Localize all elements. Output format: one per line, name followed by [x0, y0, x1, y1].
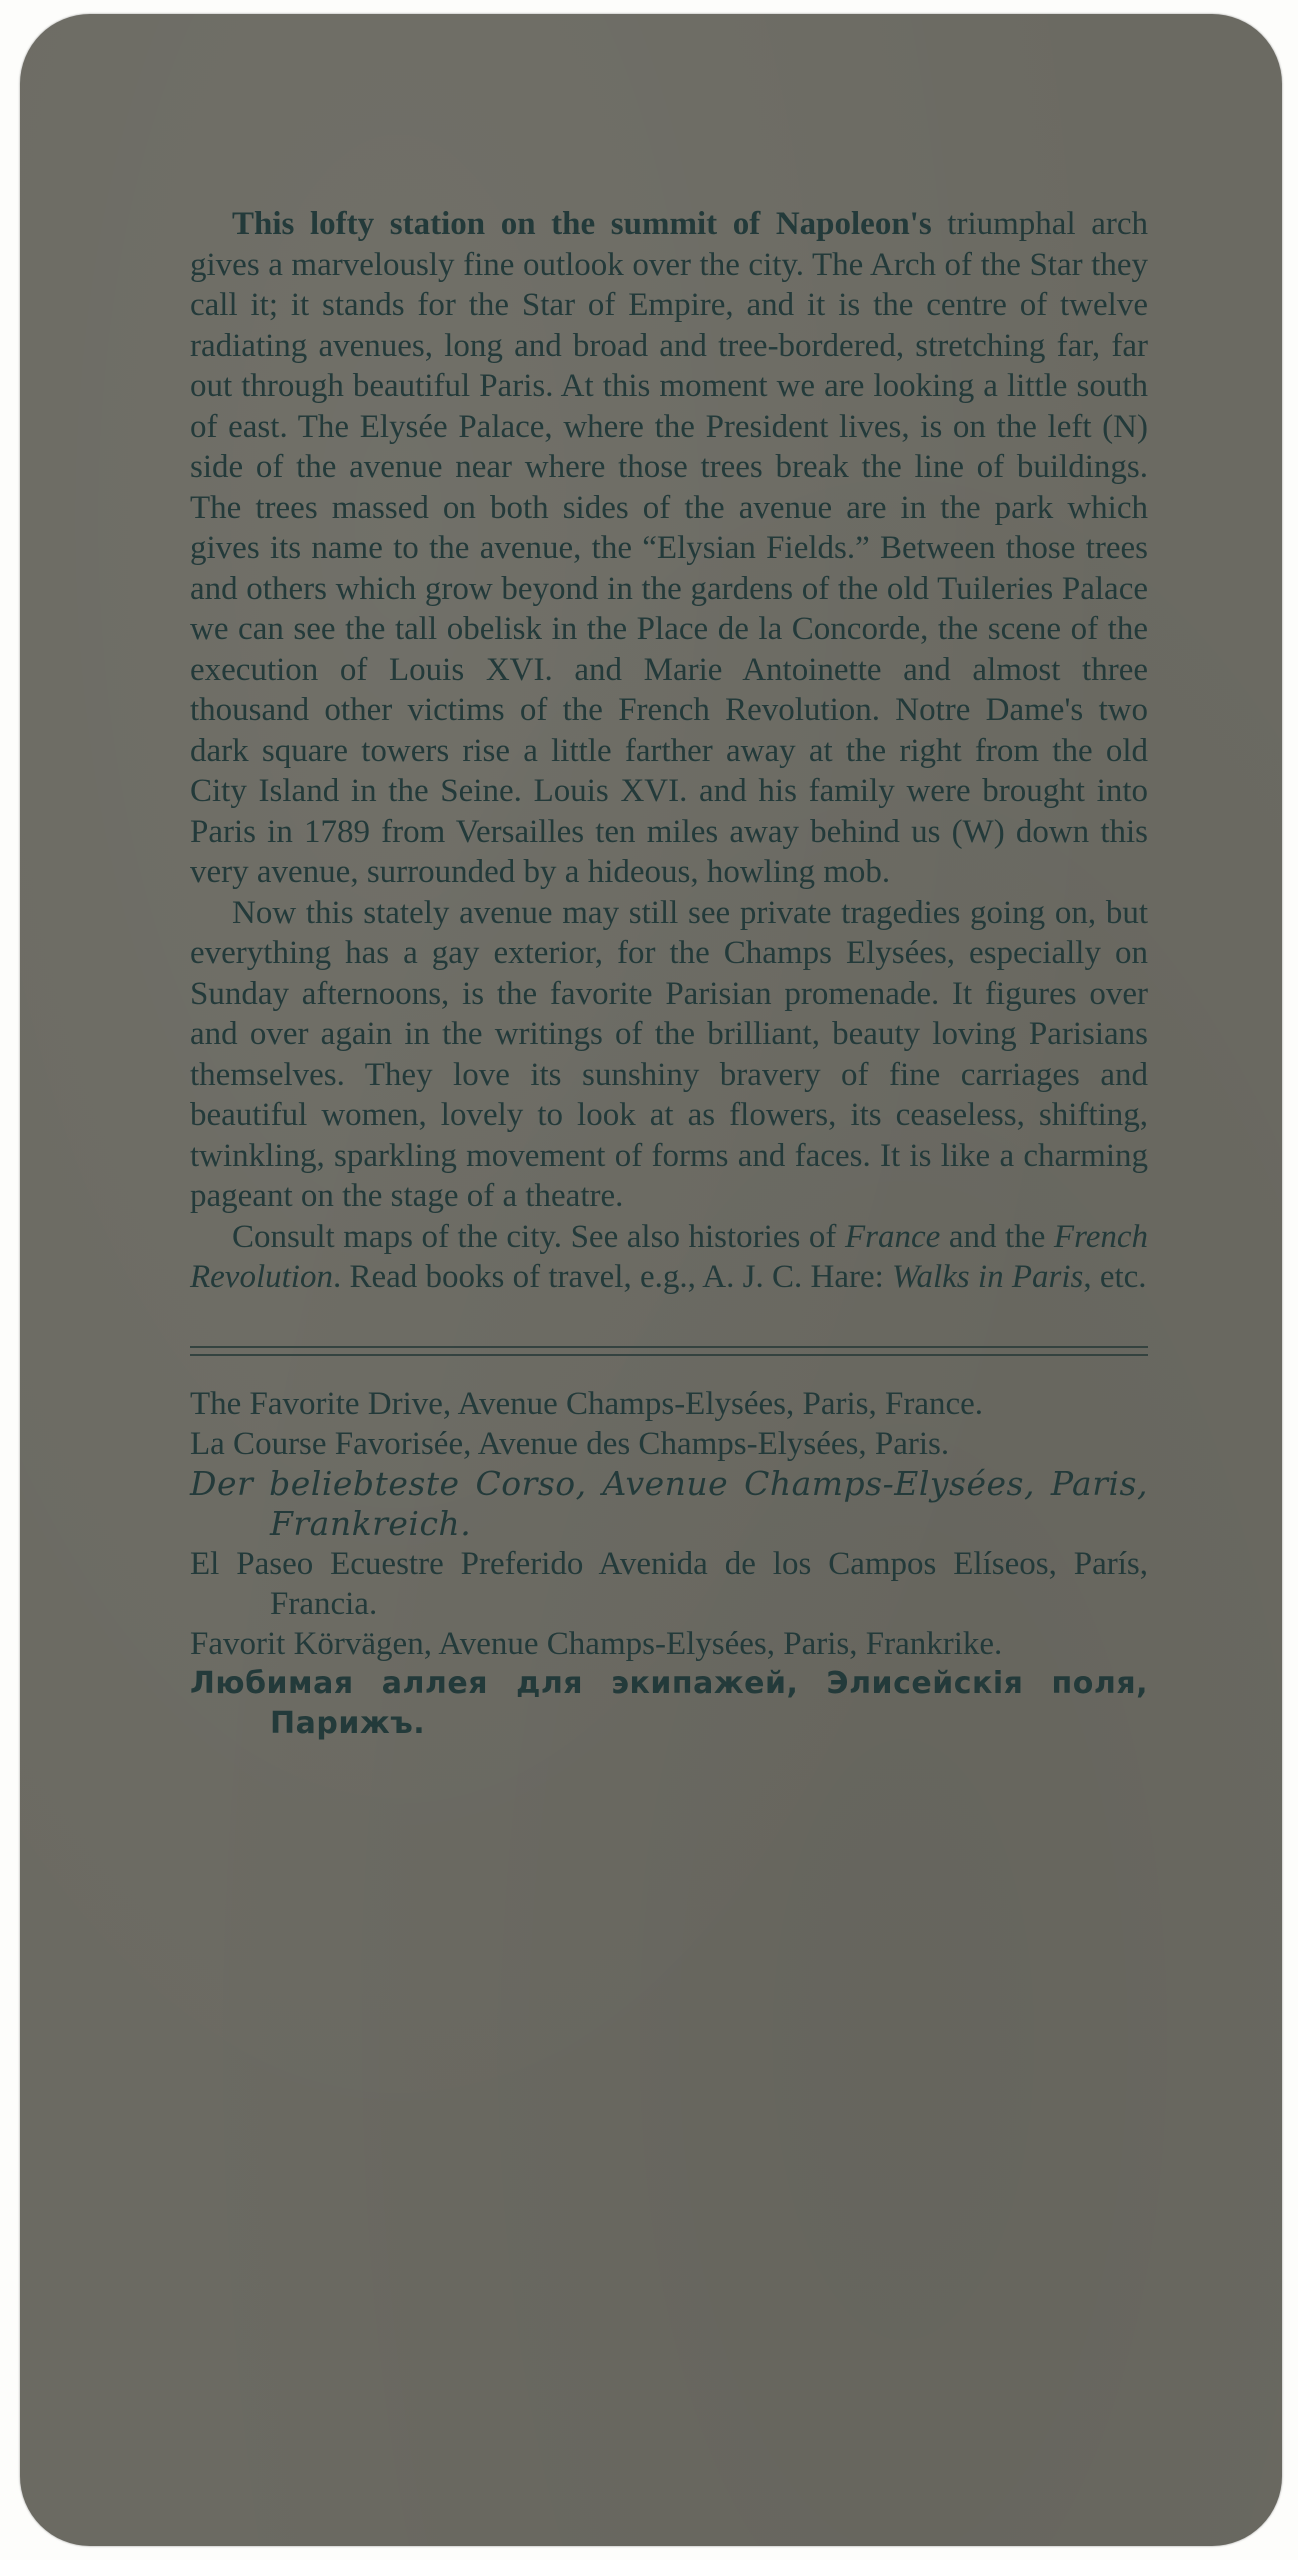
- paragraph-lead-text: This lofty station on the summit of Napo…: [232, 206, 932, 242]
- caption-french: La Course Favorisée, Avenue des Champs-E…: [190, 1424, 1148, 1464]
- description-paragraph-2: Now this stately avenue may still see pr…: [190, 893, 1148, 1217]
- reading-text: and the: [940, 1219, 1054, 1255]
- caption-swedish: Favorit Körvägen, Avenue Champs-Elysées,…: [190, 1624, 1148, 1664]
- stereograph-card-back: This lofty station on the summit of Napo…: [20, 14, 1282, 2546]
- reading-text: Consult maps of the city. See also histo…: [232, 1219, 845, 1255]
- reading-text: , etc.: [1083, 1259, 1146, 1295]
- caption-russian: Любимая аллея для экипажей, Элисейскія п…: [190, 1664, 1148, 1744]
- caption-english: The Favorite Drive, Avenue Champs-Elysée…: [190, 1384, 1148, 1424]
- further-reading-paragraph: Consult maps of the city. See also histo…: [190, 1217, 1148, 1298]
- book-title-france: France: [845, 1219, 940, 1255]
- double-rule-divider: [190, 1346, 1148, 1356]
- caption-german: Der beliebteste Corso, Avenue Champs-Ely…: [190, 1464, 1148, 1544]
- reading-text: . Read books of travel, e.g., A. J. C. H…: [333, 1259, 892, 1295]
- paragraph-body-text: triumphal arch gives a marvelously fine …: [190, 206, 1148, 890]
- description-paragraph-1: This lofty station on the summit of Napo…: [190, 204, 1148, 893]
- multilingual-captions: The Favorite Drive, Avenue Champs-Elysée…: [190, 1384, 1148, 1744]
- book-title-walks-in-paris: Walks in Paris: [892, 1259, 1083, 1295]
- card-text-block: This lofty station on the summit of Napo…: [190, 204, 1148, 1744]
- caption-spanish: El Paseo Ecuestre Preferido Avenida de l…: [190, 1544, 1148, 1624]
